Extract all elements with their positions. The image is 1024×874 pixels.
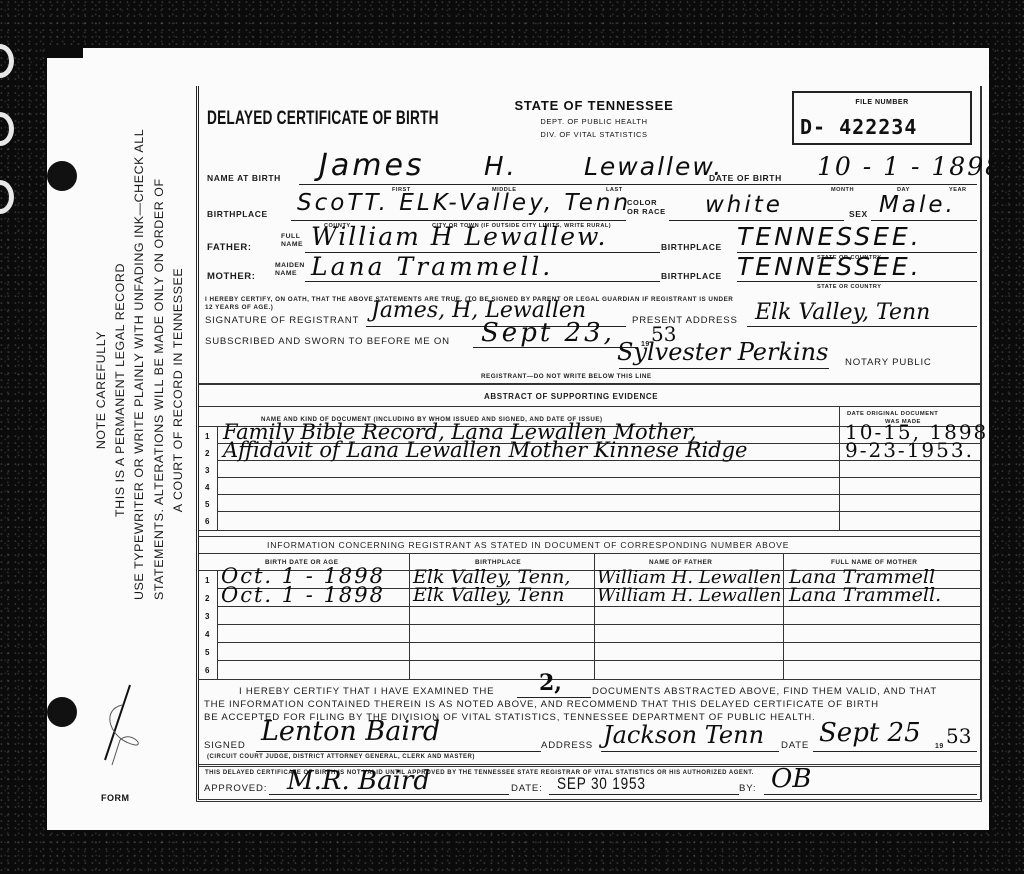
info-title: INFORMATION CONCERNING REGISTRANT AS STA… (267, 540, 789, 550)
delayed-birth-certificate-form: DELAYED CERTIFICATE OF BIRTH STATE OF TE… (196, 86, 982, 802)
do-not-write-note: REGISTRANT—DO NOT WRITE BELOW THIS LINE (481, 373, 652, 380)
certifier-date: Sept 25 (819, 718, 921, 748)
margin-note-line: THIS IS A PERMANENT LEGAL RECORD (111, 180, 130, 600)
documents-count: 2, (539, 670, 562, 696)
date-of-birth-value: 10 - 1 - 1898 (817, 152, 1003, 181)
abstract-title: ABSTRACT OF SUPPORTING EVIDENCE (484, 392, 658, 401)
birthplace-underline (291, 220, 626, 221)
father-birthplace-value: TENNESSEE. (737, 222, 922, 251)
abstract-bottom-rule (199, 530, 980, 531)
certify-line-1: I HEREBY CERTIFY THAT I HAVE EXAMINED TH… (239, 686, 494, 697)
row-number: 2 (205, 449, 209, 458)
row-number: 4 (205, 483, 209, 492)
mother-birthplace-label: BIRTHPLACE (661, 271, 722, 281)
race-label: OR RACE (627, 208, 666, 217)
row-number: 1 (205, 576, 209, 585)
approval-date-underline (549, 794, 739, 795)
father-label: FATHER: (207, 242, 252, 253)
color-race-label: COLOR OR RACE (627, 199, 666, 216)
color-underline (669, 220, 844, 221)
notary-signature-underline (619, 368, 829, 369)
binder-ring-decoration (0, 180, 14, 214)
binder-ring-decoration (0, 112, 14, 146)
punch-hole (47, 697, 77, 727)
division-name: DIV. OF VITAL STATISTICS (469, 130, 719, 139)
approval-by-label: BY: (739, 783, 756, 794)
section-divider (199, 383, 980, 385)
dob-underline (809, 184, 977, 185)
file-number: D- 422234 (800, 115, 917, 139)
info-row-rule (217, 624, 980, 625)
row-number: 3 (205, 612, 209, 621)
issuing-authority: STATE OF TENNESSEE DEPT. OF PUBLIC HEALT… (469, 98, 719, 139)
file-number-label: FILE NUMBER (794, 99, 970, 106)
approved-label: APPROVED: (204, 783, 267, 794)
abstract-row-rule (217, 477, 980, 478)
certifier-year: 53 (946, 724, 971, 748)
certifier-date-label: DATE (781, 740, 809, 751)
signature-of-registrant-label: SIGNATURE OF REGISTRANT (205, 315, 359, 326)
row-number: 1 (205, 432, 209, 441)
notary-public-label: NOTARY PUBLIC (845, 357, 932, 368)
sex-label: SEX (849, 209, 868, 219)
info-bottom-rule (199, 679, 980, 680)
approval-by-initials: OB (771, 764, 811, 794)
address-underline (747, 326, 977, 327)
abstract-row-rule (217, 511, 980, 512)
certifier-address-underline (601, 751, 779, 752)
certifier-date-underline (813, 751, 977, 752)
birthplace-label: BIRTHPLACE (207, 209, 268, 219)
margin-note-line: NOTE CAREFULLY (92, 180, 111, 600)
certificate-title: DELAYED CERTIFICATE OF BIRTH (207, 108, 439, 130)
father-birthplace-label: BIRTHPLACE (661, 242, 722, 252)
certifier-year-prefix: 19 (935, 743, 944, 750)
mother-label: MOTHER: (207, 271, 256, 282)
approval-by-underline (764, 794, 977, 795)
row-number: 6 (205, 666, 209, 675)
abstract-row-rule (217, 494, 980, 495)
date-of-birth-label: DATE OF BIRTH (709, 173, 782, 183)
info-birthdate: Oct. 1 - 1898 (221, 583, 385, 607)
punch-hole (47, 161, 77, 191)
color-race-value: white (705, 192, 783, 218)
row-number: 4 (205, 630, 209, 639)
name-underline (299, 184, 809, 185)
approved-by-signature: M.R. Baird (287, 766, 430, 796)
certify-line-2: THE INFORMATION CONTAINED THEREIN IS AS … (204, 699, 879, 710)
name-at-birth-label: NAME AT BIRTH (207, 173, 281, 183)
abstract-number-divider (217, 426, 218, 530)
document-date: 9-23-1953. (845, 438, 974, 462)
margin-note-line: A COURT OF RECORD IN TENNESSEE (169, 180, 188, 600)
certifier-signature: Lenton Baird (261, 716, 440, 747)
abstract-title-rule (199, 406, 980, 407)
maiden-label: MAIDEN (275, 262, 305, 270)
file-number-box: FILE NUMBER D- 422234 (792, 91, 972, 145)
present-address-label: PRESENT ADDRESS (632, 315, 738, 326)
info-col-father: NAME OF FATHER (649, 559, 712, 566)
father-full-name-label: FULL NAME (281, 233, 303, 249)
mother-name-underline (305, 281, 660, 282)
row-number: 5 (205, 500, 209, 509)
info-col-mother: FULL NAME OF MOTHER (831, 559, 917, 566)
info-col-birthplace: BIRTHPLACE (475, 559, 521, 566)
birthplace-value: ScoTT. ELK-Valley, Tenn (297, 190, 631, 216)
approval-date-label: DATE: (511, 783, 543, 794)
info-mother: Lana Trammell. (789, 584, 941, 606)
row-number: 3 (205, 466, 209, 475)
certifier-address-label: ADDRESS (541, 740, 593, 751)
sex-underline (871, 220, 977, 221)
margin-note-line: USE TYPEWRITER OR WRITE PLAINLY WITH UNF… (130, 180, 149, 600)
month-label: MONTH (831, 187, 854, 193)
approval-date-stamp: SEP 30 1953 (557, 774, 646, 794)
full-label: FULL (281, 233, 303, 241)
mother-maiden-name-label: MAIDEN NAME (275, 262, 305, 278)
certifier-address: Jackson Tenn (603, 721, 764, 749)
signed-label: SIGNED (204, 740, 246, 751)
oath-certify-text-2: 12 YEARS OF AGE.) (205, 304, 273, 311)
mother-birthplace-value: TENNESSEE. (737, 252, 922, 281)
state-name: STATE OF TENNESSEE (469, 98, 719, 113)
form-label: FORM (101, 793, 130, 803)
abstract-col-date: DATE ORIGINAL DOCUMENT (847, 411, 938, 417)
section-divider (199, 536, 980, 537)
name-label: NAME (281, 241, 303, 249)
documents-count-underline (517, 697, 591, 698)
document-description: Affidavit of Lana Lewallen Mother Kinnes… (223, 438, 747, 462)
signed-underline (256, 751, 541, 752)
middle-name-value: H. (484, 152, 518, 182)
name-label: NAME (275, 270, 305, 278)
pen-scribble-mark (100, 680, 150, 770)
row-number: 2 (205, 594, 209, 603)
row-number: 5 (205, 648, 209, 657)
row-number: 6 (205, 517, 209, 526)
margin-note: NOTE CAREFULLY THIS IS A PERMANENT LEGAL… (92, 180, 202, 600)
first-name-value: James (319, 148, 425, 183)
sex-value: Male. (879, 192, 956, 218)
certify-line-1b: DOCUMENTS ABSTRACTED ABOVE, FIND THEM VA… (592, 686, 937, 697)
subscribed-sworn-label: SUBSCRIBED AND SWORN TO BEFORE ME ON (205, 336, 450, 347)
mother-state-label: STATE OR COUNTRY (817, 284, 881, 290)
department-name: DEPT. OF PUBLIC HEALTH (469, 117, 719, 126)
signer-title: (CIRCUIT COURT JUDGE, DISTRICT ATTORNEY … (207, 754, 475, 760)
info-title-rule (199, 553, 980, 554)
father-name-value: William H Lewallew. (311, 222, 607, 251)
notary-signature: Sylvester Perkins (617, 338, 828, 366)
info-father: William H. Lewallen (597, 585, 781, 606)
last-name-value: Lewallew. (584, 152, 723, 181)
margin-note-line: STATEMENTS. ALTERATIONS WILL BE MADE ONL… (150, 180, 169, 600)
info-birthplace: Elk Valley, Tenn (413, 584, 564, 606)
paper-corner-notch (47, 48, 83, 58)
info-row-rule (217, 660, 980, 661)
info-row-rule (217, 642, 980, 643)
sworn-date-value: Sept 23, (481, 318, 615, 348)
certify-text: I HEREBY CERTIFY THAT I HAVE EXAMINED TH… (239, 686, 494, 697)
mother-birthplace-underline (737, 281, 977, 282)
present-address-value: Elk Valley, Tenn (755, 300, 930, 325)
mother-name-value: Lana Trammell. (311, 252, 553, 281)
binder-ring-decoration (0, 44, 14, 78)
